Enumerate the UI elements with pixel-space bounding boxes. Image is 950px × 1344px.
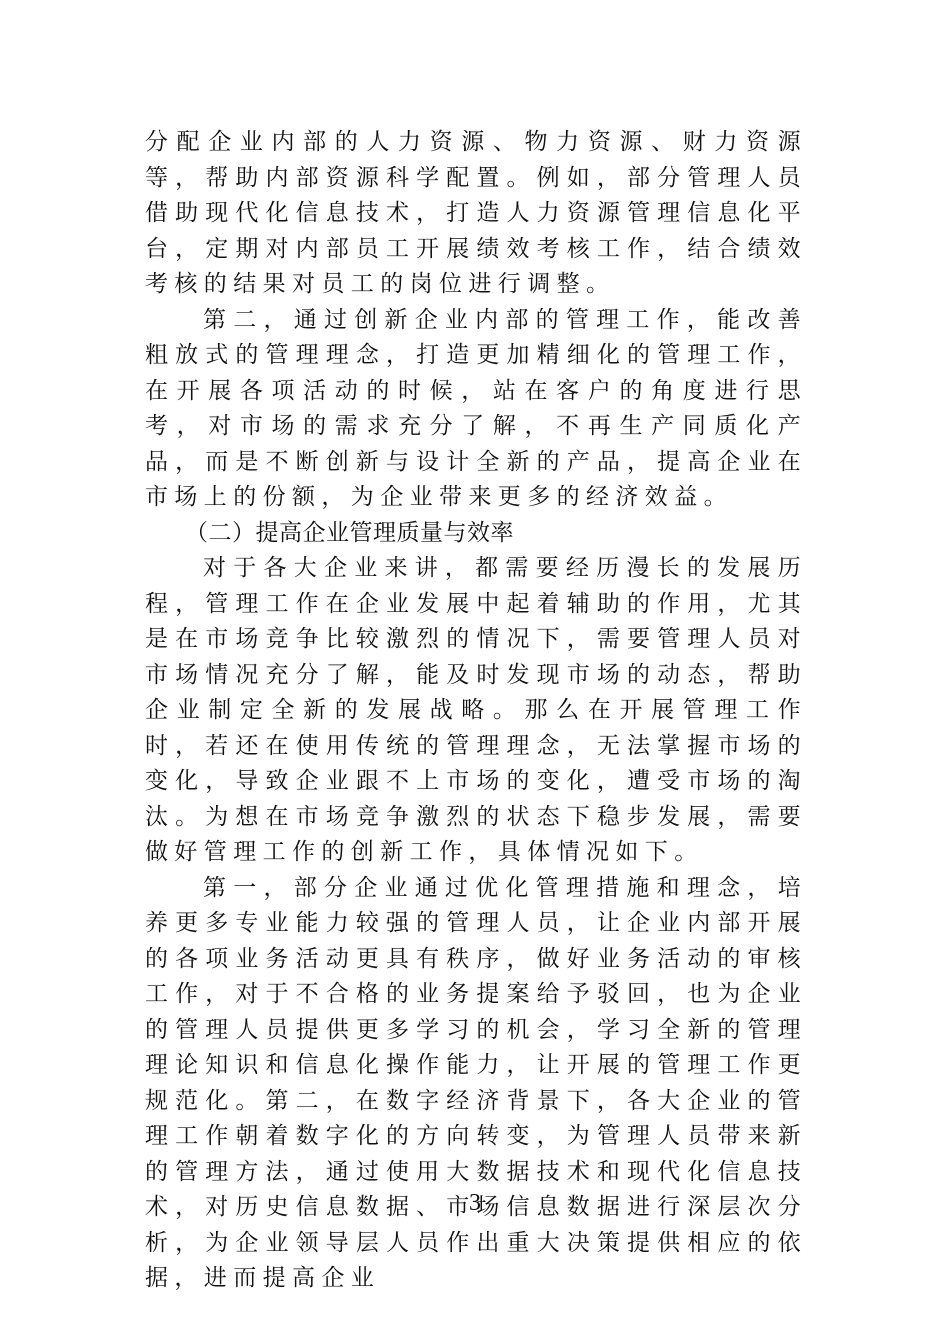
body-text: 分配企业内部的人力资源、物力资源、财力资源等，帮助内部资源科学配置。例如，部分管… (145, 125, 807, 1297)
paragraph-continuation: 分配企业内部的人力资源、物力资源、财力资源等，帮助内部资源科学配置。例如，部分管… (145, 125, 807, 303)
paragraph-first-point: 第一，部分企业通过优化管理措施和理念，培养更多专业能力较强的管理人员，让企业内部… (145, 871, 807, 1297)
section-heading: （二）提高企业管理质量与效率 (145, 516, 807, 552)
document-page: 分配企业内部的人力资源、物力资源、财力资源等，帮助内部资源科学配置。例如，部分管… (0, 0, 950, 1344)
paragraph-section-intro: 对于各大企业来讲，都需要经历漫长的发展历程，管理工作在企业发展中起着辅助的作用，… (145, 551, 807, 871)
paragraph-second-point: 第二，通过创新企业内部的管理工作，能改善粗放式的管理理念，打造更加精细化的管理工… (145, 303, 807, 516)
page-number: 3 (0, 1190, 950, 1217)
